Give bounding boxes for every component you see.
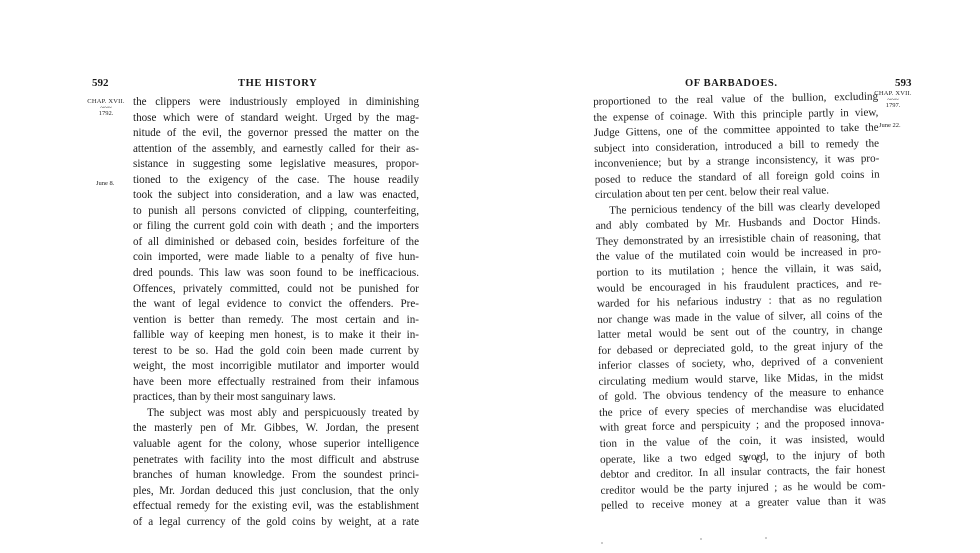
text-line: vention is better than remedy. The most … xyxy=(133,313,419,329)
text-line: valuable agent for the colony, whose sup… xyxy=(133,437,419,453)
page-number: 592 xyxy=(92,77,109,89)
margin-date: June 8. xyxy=(96,180,114,187)
text-line: of a legal currency of the gold coins by… xyxy=(133,515,419,531)
text-line: penetrates with facility into the most d… xyxy=(133,453,419,469)
signature-mark: 4 G xyxy=(743,455,765,465)
text-line: branches of human knowledge. From the so… xyxy=(133,468,419,484)
text-line: attention of the assembly, and earnestly… xyxy=(133,142,419,158)
text-line: effectual remedy for the existing evil, … xyxy=(133,499,419,515)
text-line: to punish all persons convicted of clipp… xyxy=(133,204,419,220)
text-line: Offences, privately committed, could not… xyxy=(133,282,419,298)
margin-date: June 22. xyxy=(879,122,901,129)
text-line: The subject was most ably and perspicuou… xyxy=(133,406,419,422)
scan-speck xyxy=(140,521,142,523)
right-body-text: proportioned to the real value of the bu… xyxy=(593,90,886,515)
text-line: ples, Mr. Jordan deduced this just concl… xyxy=(133,484,419,500)
text-line: the clippers were industriously employed… xyxy=(133,95,419,111)
margin-year: 1792. xyxy=(99,110,114,117)
margin-chapter-note: CHAP. XVII. ~~~ 1792. xyxy=(84,98,128,118)
text-line: practices, than by their most sanguinary… xyxy=(133,390,419,406)
text-line: weight, the most incorrigible mutilator … xyxy=(133,359,419,375)
running-head: THE HISTORY xyxy=(238,78,317,89)
text-line: of all diminished or debased coin, besid… xyxy=(133,235,419,251)
page-number: 593 xyxy=(895,77,912,89)
margin-chapter-note: CHAP. XVII. ~~~ 1797. xyxy=(873,90,913,110)
text-line: nitude of the evil, the governor pressed… xyxy=(133,126,419,142)
running-head: OF BARBADOES. xyxy=(685,78,778,89)
text-line: fallible way of keeping men honest, is t… xyxy=(133,328,419,344)
text-line: terest to be so. Had the gold coin been … xyxy=(133,344,419,360)
text-line: sistance in suggesting some legislative … xyxy=(133,157,419,173)
text-line: or filing the current gold coin with dea… xyxy=(133,219,419,235)
text-line: have been more effectually restrained fr… xyxy=(133,375,419,391)
text-line: those which were of standard weight. Urg… xyxy=(133,111,419,127)
scan-speck xyxy=(318,488,320,490)
left-page: 592 THE HISTORY CHAP. XVII. ~~~ 1792. Ju… xyxy=(0,0,490,553)
text-line: took the subject into consideration, and… xyxy=(133,188,419,204)
scan-speck xyxy=(601,542,603,544)
scan-speck xyxy=(765,537,767,539)
text-line: the want of legal evidence to convict th… xyxy=(133,297,419,313)
text-line: dred pounds. This law was soon found to … xyxy=(133,266,419,282)
text-line: the masterly pen of Mr. Gibbes, W. Jorda… xyxy=(133,421,419,437)
right-page: OF BARBADOES. 593 CHAP. XVII. ~~~ 1797. … xyxy=(490,0,980,553)
left-body-text: the clippers were industriously employed… xyxy=(133,95,419,530)
scan-speck xyxy=(700,538,702,540)
margin-year: 1797. xyxy=(886,102,901,109)
text-line: tioned to the exigency of the case. The … xyxy=(133,173,419,189)
text-line: coin imported, were made liable to a pen… xyxy=(133,250,419,266)
